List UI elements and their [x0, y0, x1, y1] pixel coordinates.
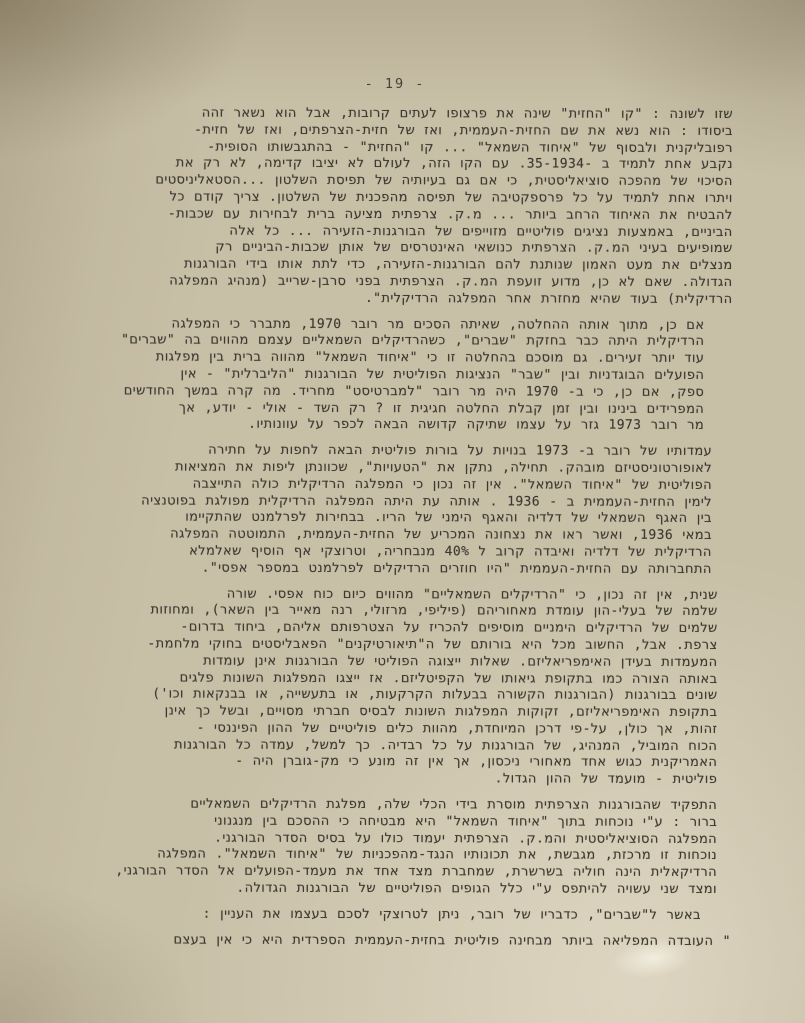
text-line: הביניים, באמצעות נציגים פוליטיים מזוייפי…: [71, 223, 733, 242]
text-line: זהות, אך כולן, על-פי דרכן המיוחדת, מהוות…: [69, 720, 731, 739]
text-line: פוליטית - מועמד של ההון הגדול.: [69, 771, 731, 790]
text-line: אם כן, מתוך אותה ההחלטה, שאיתה הסכים מר …: [70, 316, 732, 335]
text-line: הרדיקאלית הינה חוליה בשרשרת, שמחברת מצד …: [69, 864, 731, 883]
text-line: הפוליטית של "איחוד השמאל". אין זה נכון כ…: [70, 476, 732, 495]
text-line: האמריקנית כגוש אחד מאחורי ניכסון, אך אין…: [69, 754, 731, 773]
text-line: עוד יותר זעירים. גם מוסכם בהחלטה זו כי "…: [70, 349, 732, 368]
document-body-text: שזו לשונה : "קו "החזית" שינה את פרצופו ל…: [69, 105, 733, 959]
text-line: להבטיח את האיחוד הרחב ביותר ... מ.ק. צרפ…: [71, 206, 733, 225]
text-line: שנית, אין זה נכון, כי "הרדיקלים השמאליים…: [70, 586, 732, 605]
text-line: לאופורטוניסטיזם מובהק. תחילה, נתקן את "ה…: [70, 459, 732, 478]
text-line: מר רובר 1973 גזר על עצמו שתיקה קדושה הבא…: [70, 417, 732, 436]
text-line: רפובליקנית ולבסוף של "איחוד השמאל" ... ק…: [71, 139, 733, 158]
text-line: שלמים של הרדיקלים הימניים מוסיפים להכריז…: [70, 619, 732, 638]
paragraph: אם כן, מתוך אותה ההחלטה, שאיתה הסכים מר …: [70, 316, 732, 435]
text-line: לימין החזית-העממית ב - 1936 . אותה עת הי…: [70, 493, 732, 512]
text-line: הכוח המוביל, המנהיג, של הבורגנות על כל ר…: [69, 737, 731, 756]
text-line: שלמה של בעלי-הון עומדת מאחוריהם (פיליפי,…: [70, 603, 732, 622]
text-line: הגדולה. שאם לא כן, מדוע זועפת המ.ק. הצרפ…: [71, 273, 733, 292]
text-line: שמופיעים בעיני המ.ק. הצרפתית כנושאי האינ…: [71, 240, 733, 259]
text-line: צרפת. אבל, החשוב מכל היא בורותם של ה"תיא…: [70, 636, 732, 655]
text-line: ספק, אם כן, כי ב- 1970 היה מר רובר "למבר…: [70, 383, 732, 402]
text-line: בתקופת האימפריאליזם, זקוקות המפלגות השונ…: [69, 703, 731, 722]
text-line: הפועלים הבוגדניות ובין "שבר" הנציגות הפו…: [70, 366, 732, 385]
text-line: ברור : ע"י נוכחות בתוך "איחוד השמאל" היא…: [69, 813, 731, 832]
text-line: ביסודו : הוא נשא את שם החזית-העממית, ואז…: [71, 122, 733, 141]
text-line: נקבע אחת לתמיד ב -35-1934. עם הקו הזה, ל…: [71, 156, 733, 175]
text-line: התחברותה עם החזית-העממית "היו חוזרים הרד…: [70, 560, 732, 579]
text-line: הרדיקלית של דלדיה ואיבדה קרוב ל 40% מנבח…: [70, 543, 732, 562]
text-line: עמדותיו של רובר ב- 1973 בנויות על בורות …: [70, 442, 732, 461]
text-line: בין האגף השמאלי של דלדיה והאגף הימני של …: [70, 510, 732, 529]
text-line: המעמדות בעידן האימפריאליזם. שאלות ייצוגה…: [70, 653, 732, 672]
text-line: באותה הצורה כמו בתקופת גיאותו של הקפיטלי…: [69, 670, 731, 689]
text-line: המפרידים בינינו ובין זמן קבלת החלטה חגיג…: [70, 400, 732, 419]
paragraph: " העובדה המפליאה ביותר מבחינה פוליטית בח…: [69, 932, 731, 951]
text-line: התפקיד שהבורגנות הצרפתית מוסרת בידי הכלי…: [69, 796, 731, 815]
paragraph: עמדותיו של רובר ב- 1973 בנויות על בורות …: [70, 442, 732, 578]
paragraph: באשר ל"שברים", כדבריו של רובר, ניתן לטרו…: [69, 906, 731, 925]
page-number: - 19 -: [340, 76, 450, 92]
text-line: שונים בבורגנות (הבורגנות הקשורה בבעלות ה…: [69, 687, 731, 706]
paragraph: שזו לשונה : "קו "החזית" שינה את פרצופו ל…: [70, 105, 733, 308]
scanned-document-page: - 19 - שזו לשונה : "קו "החזית" שינה את פ…: [0, 0, 805, 1023]
text-line: הרדיקלית היתה כבר בחזקת "שברים", כשהרדיק…: [70, 333, 732, 352]
text-line: הרדיקלית) בעוד שהיא מחזרת אחר המפלגה הרד…: [70, 290, 732, 309]
text-line: ויתרו אחת לתמיד על כל פרספקטיבה של תפיסה…: [71, 189, 733, 208]
text-line: באשר ל"שברים", כדבריו של רובר, ניתן לטרו…: [69, 906, 731, 925]
text-line: נוכחות זו מרכזת, מגבשת, את תכונותיו הנגד…: [69, 847, 731, 866]
text-line: מנצלים את מעט האמון שנותנת להם הבורגנות-…: [71, 256, 733, 275]
text-line: במאי 1936, ואשר ראו את נצחונה המכריע של …: [70, 526, 732, 545]
text-line: ומצד שני עשויה להיתפס ע"י כלל הגופים הפו…: [69, 880, 731, 899]
paragraph: שנית, אין זה נכון, כי "הרדיקלים השמאליים…: [69, 586, 732, 789]
text-line: הסיכוי של מהפכה סוציאליסטית, כי אם גם בע…: [71, 172, 733, 191]
text-line: " העובדה המפליאה ביותר מבחינה פוליטית בח…: [69, 932, 731, 951]
paragraph: התפקיד שהבורגנות הצרפתית מוסרת בידי הכלי…: [69, 796, 731, 899]
text-line: המפלגה הסוציאליסטית והמ.ק. הצרפתית יעמוד…: [69, 830, 731, 849]
text-line: שזו לשונה : "קו "החזית" שינה את פרצופו ל…: [71, 105, 733, 124]
